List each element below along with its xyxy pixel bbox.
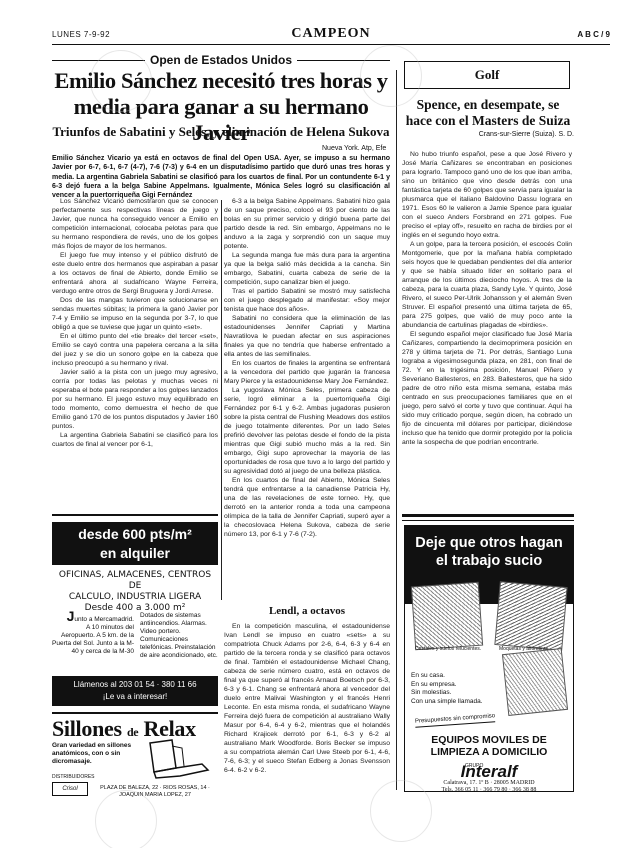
paragraph: Sabatini no considera que la eliminación… bbox=[224, 314, 390, 359]
services-line: EQUIPOS MOVILES DE bbox=[405, 734, 573, 746]
cleaning-ad-list: En su casa. En su empresa. Sin molestias… bbox=[411, 672, 483, 706]
photo-sanitation bbox=[502, 648, 568, 716]
office-ad-location-text: A 10 minutos del Aeropuerto. A 5 km. de … bbox=[52, 624, 134, 656]
newspaper-page: LUNES 7-9-92 CAMPEON A B C / 9 Open de E… bbox=[52, 0, 610, 848]
interalf-logo: Interalf bbox=[405, 762, 573, 782]
chair-ad-word: de bbox=[127, 725, 138, 739]
page-number: A B C / 9 bbox=[577, 30, 610, 39]
paragraph: La segunda manga fue más dura para la ar… bbox=[224, 251, 390, 287]
watermark bbox=[370, 780, 432, 842]
watermark bbox=[360, 45, 422, 107]
list-item: En su empresa. bbox=[411, 681, 483, 690]
photo-caption: Cristales y suelos relucientes. bbox=[415, 646, 481, 652]
article-dateline: Nueva York. Atp, Efe bbox=[322, 145, 386, 152]
paragraph: 6-3 a la belga Sabine Appelmans. Sabatin… bbox=[224, 197, 390, 251]
subsection-title: Lendl, a octavos bbox=[224, 605, 390, 617]
watermark bbox=[95, 790, 157, 848]
paragraph: Tras el partido Sabatini se mostró muy s… bbox=[224, 287, 390, 314]
article-subheadline: Triunfos de Sabatini y Seles, y eliminac… bbox=[52, 124, 390, 140]
golf-dateline: Crans-sur-Sierre (Suiza). S. D. bbox=[402, 131, 574, 138]
watermark bbox=[90, 50, 152, 112]
cleaning-ad[interactable]: Deje que otros hagan el trabajo sucio Cr… bbox=[404, 525, 574, 792]
chair-ad-logo: Crisol bbox=[52, 782, 88, 796]
office-ad-headline-1: desde 600 pts/m² bbox=[52, 525, 218, 544]
chair-ad-word: Sillones bbox=[52, 716, 127, 741]
paragraph: Javier salió a la pista con un juego muy… bbox=[52, 368, 218, 431]
paragraph: El juego fue muy intenso y el público di… bbox=[52, 251, 218, 296]
photo-windows bbox=[411, 582, 483, 651]
article-column-1: Los Sánchez Vicario demostraron que se c… bbox=[52, 197, 218, 512]
office-ad-banner[interactable]: desde 600 pts/m² en alquiler bbox=[52, 522, 218, 565]
golf-headline: Spence, en desempate, se hace con el Mas… bbox=[402, 97, 574, 129]
paragraph: En los cuartos de finales la argentina s… bbox=[224, 359, 390, 386]
ad-rule bbox=[52, 712, 218, 714]
column-divider bbox=[221, 200, 222, 600]
section-title: CAMPEON bbox=[52, 26, 610, 42]
office-ad-contact[interactable]: Llámenos al 203 01 54 · 380 11 66 ¡Le va… bbox=[52, 676, 218, 706]
list-item: Sin molestias. bbox=[411, 689, 483, 698]
office-ad-line: OFICINAS, ALMACENES, CENTROS DE bbox=[52, 570, 218, 592]
cleaning-ad-headline-2: el trabajo sucio bbox=[405, 552, 573, 570]
paragraph: El segundo español mejor clasificado fue… bbox=[402, 330, 572, 447]
chair-ad-body: Gran variedad en sillones anatómicos, co… bbox=[52, 742, 142, 766]
paragraph: En el último punto del «tie break» del t… bbox=[52, 332, 218, 368]
golf-column: No hubo triunfo español, pese a que José… bbox=[402, 150, 572, 510]
paragraph: En los cuartos de final del Abierto, Món… bbox=[224, 476, 390, 539]
paragraph: En la competición masculina, el estadoun… bbox=[224, 622, 390, 772]
office-ad-body: OFICINAS, ALMACENES, CENTROS DE CALCULO,… bbox=[52, 570, 218, 614]
list-item: Con una simple llamada. bbox=[411, 698, 483, 707]
address-line: Calatrava, 17. 1º B · 28005 MADRID bbox=[405, 780, 573, 787]
services-line: LIMPIEZA A DOMICILIO bbox=[405, 746, 573, 758]
cleaning-ad-headline-1: Deje que otros hagan bbox=[405, 534, 573, 552]
paragraph: La yugoslava Mónica Seles, primera cabez… bbox=[224, 386, 390, 476]
list-item: En su casa. bbox=[411, 672, 483, 681]
article-column-2: 6-3 a la belga Sabine Appelmans. Sabatin… bbox=[224, 197, 390, 599]
chair-ad-logo-caption: DISTRIBUIDORES bbox=[52, 774, 95, 780]
ad-rule bbox=[402, 520, 574, 521]
armchair-icon bbox=[142, 738, 212, 783]
office-ad-line: CALCULO, INDUSTRIA LIGERA bbox=[52, 592, 218, 603]
office-ad-features: Dotados de sistemas antiincendios. Alarm… bbox=[140, 612, 218, 660]
group-label: GRUPO bbox=[465, 763, 483, 769]
cleaning-ad-address: Calatrava, 17. 1º B · 28005 MADRID Tels.… bbox=[405, 780, 573, 794]
photo-carpets bbox=[494, 581, 567, 651]
column-divider bbox=[396, 70, 397, 790]
office-ad-location-title: unto a Mercamadrid. bbox=[74, 616, 134, 623]
paragraph: La argentina Gabriela Sabatini se clasif… bbox=[52, 431, 218, 449]
cleaning-ad-quote: Presupuestos sin compromiso bbox=[415, 713, 496, 727]
ad-rule bbox=[402, 514, 574, 517]
office-ad-headline-2: en alquiler bbox=[52, 544, 218, 563]
paragraph: No hubo triunfo español, pese a que José… bbox=[402, 150, 572, 240]
office-ad-location: Junto a Mercamadrid. A 10 minutos del Ae… bbox=[52, 612, 134, 656]
paragraph: Dos de las mangas tuvieron que soluciona… bbox=[52, 296, 218, 332]
office-ad-phone: Llámenos al 203 01 54 · 380 11 66 bbox=[52, 679, 218, 691]
ad-rule bbox=[52, 514, 218, 516]
page-header: LUNES 7-9-92 CAMPEON A B C / 9 bbox=[52, 26, 610, 45]
paragraph: A un golpe, para la tercera posición, el… bbox=[402, 240, 572, 330]
cleaning-ad-services: EQUIPOS MOVILES DE LIMPIEZA A DOMICILIO bbox=[405, 734, 573, 758]
golf-section-box: Golf bbox=[404, 61, 570, 89]
phone-line: Tels. 366 05 11 · 366 79 80 · 366 38 88 bbox=[405, 787, 573, 794]
paragraph: Los Sánchez Vicario demostraron que se c… bbox=[52, 197, 218, 251]
article-column-2b: En la competición masculina, el estadoun… bbox=[224, 622, 390, 772]
article-lead: Emilio Sánchez Vicario ya está en octavo… bbox=[52, 154, 390, 200]
kicker-text: Open de Estados Unidos bbox=[145, 53, 297, 67]
office-ad-tagline: ¡Le va a interesar! bbox=[52, 691, 218, 703]
